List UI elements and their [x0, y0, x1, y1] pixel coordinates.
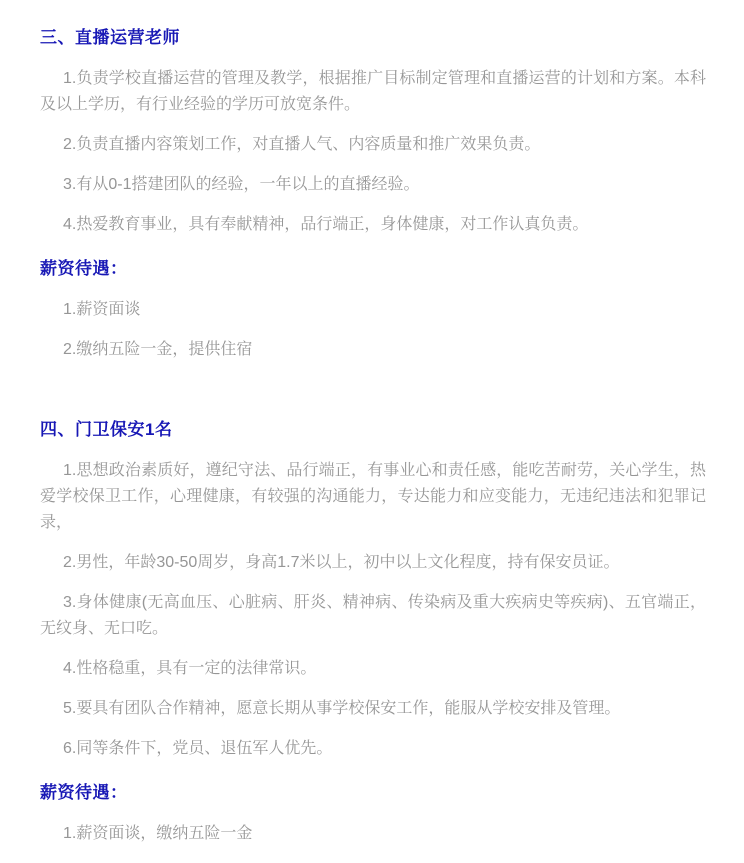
livestream-requirement-3: 3.有从0-1搭建团队的经验，一年以上的直播经验。: [40, 172, 706, 198]
salary-item-1: 1.薪资面谈: [40, 297, 706, 323]
livestream-requirement-4: 4.热爱教育事业，具有奉献精神，品行端正，身体健康，对工作认真负责。: [40, 212, 706, 238]
document-page: { "page": { "background_color": "#ffffff…: [0, 0, 744, 863]
salary-item-2: 2.缴纳五险一金，提供住宿: [40, 337, 706, 363]
livestream-requirement-1: 1.负责学校直播运营的管理及教学，根据推广目标制定管理和直播运营的计划和方案。本…: [40, 66, 706, 118]
guard-requirement-5: 5.要具有团队合作精神，愿意长期从事学校保安工作，能服从学校安排及管理。: [40, 696, 706, 722]
guard-requirement-4: 4.性格稳重，具有一定的法律常识。: [40, 656, 706, 682]
guard-requirement-1: 1.思想政治素质好，遵纪守法、品行端正，有事业心和责任感，能吃苦耐劳，关心学生，…: [40, 458, 706, 536]
section-heading-livestream-teacher: 三、直播运营老师: [40, 27, 706, 49]
guard-requirement-3: 3.身体健康(无高血压、心脏病、肝炎、精神病、传染病及重大疾病史等疾病)、五官端…: [40, 590, 706, 642]
guard-requirement-2: 2.男性，年龄30-50周岁，身高1.7米以上，初中以上文化程度，持有保安员证。: [40, 550, 706, 576]
livestream-requirement-2: 2.负责直播内容策划工作，对直播人气、内容质量和推广效果负责。: [40, 132, 706, 158]
guard-requirement-6: 6.同等条件下，党员、退伍军人优先。: [40, 736, 706, 762]
section-heading-security-guard: 四、门卫保安1名: [40, 419, 706, 441]
guard-salary-item-1: 1.薪资面谈，缴纳五险一金: [40, 821, 706, 847]
job-posting-document: 三、直播运营老师 1.负责学校直播运营的管理及教学，根据推广目标制定管理和直播运…: [0, 0, 744, 847]
salary-heading-guard: 薪资待遇：: [40, 782, 706, 804]
salary-heading-livestream: 薪资待遇：: [40, 258, 706, 280]
